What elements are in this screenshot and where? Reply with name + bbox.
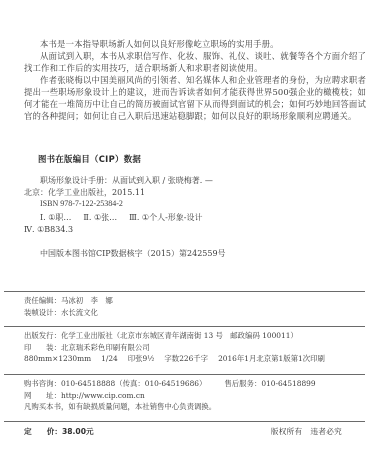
sales-block: 购书咨询：010-64518888（传真：010-64519686）售后服务：0… xyxy=(24,378,364,413)
price-value: 38.00元 xyxy=(62,427,94,436)
order-label: 购书咨询： xyxy=(24,379,61,388)
summary-paragraph-2: 从面试到入职，本书从求职信写作、化妆、服饰、礼仪、谈吐、就餐等各个方面介绍了找工… xyxy=(24,50,366,74)
design-row: 装帧设计：水长流文化 xyxy=(24,307,364,319)
class-ii: Ⅱ. ①张… xyxy=(83,213,117,222)
folio: 1/24 xyxy=(101,354,118,363)
price-label: 定 价： xyxy=(24,427,62,436)
publication-block: 出版发行：化学工业出版社（北京市东城区青年湖南街 13 号 邮政编码 10001… xyxy=(24,330,364,365)
price: 定 价：38.00元 xyxy=(24,426,94,437)
publisher-label: 出版发行： xyxy=(24,331,61,340)
summary-paragraph-3: 作者张晓梅以中国美丽风尚的引领者、知名媒体人和企业管理者的身份，为应聘求职者提出… xyxy=(24,74,366,122)
summary-text-3: 作者张晓梅以中国美丽风尚的引领者、知名媒体人和企业管理者的身份，为应聘求职者提出… xyxy=(24,75,366,121)
return-notice: 凡购买本书，如有缺损质量问题，本社销售中心负责调换。 xyxy=(24,401,364,413)
summary-text-1: 本书是一本指导职场新人如何以良好形像屹立职场的实用手册。 xyxy=(40,39,279,49)
class-iii: Ⅲ. ①个人-形象-设计 xyxy=(129,213,202,222)
divider-rule xyxy=(4,421,365,422)
website-link[interactable]: http://www.cip.com.cn xyxy=(61,391,145,400)
publisher-row: 出版发行：化学工业出版社（北京市东城区青年湖南街 13 号 邮政编码 10001… xyxy=(24,330,364,342)
printer-value: 北京瑞禾彩色印刷有限公司 xyxy=(61,343,150,352)
price-row: 定 价：38.00元 版权所有违者必究 xyxy=(24,426,342,437)
cip-title: 图书在版编目（CIP）数据 xyxy=(38,153,141,165)
editor-value: 马冰初 李 娜 xyxy=(61,296,113,305)
isbn: ISBN 978-7-122-25384-2 xyxy=(24,198,344,210)
edition: 2016年1月北京第1版第1次印刷 xyxy=(218,354,325,363)
service-label: 售后服务： xyxy=(224,379,261,388)
copyright-page: 本书是一本指导职场新人如何以良好形像屹立职场的实用手册。 从面试到入职，本书从求… xyxy=(0,0,375,458)
cip-record-line-1: 职场形象设计手册：从面试到入职 / 张晓梅著. — xyxy=(24,175,344,187)
website-row: 网 址：http://www.cip.com.cn xyxy=(24,390,364,402)
printer-label: 印 装： xyxy=(24,343,61,352)
cip-record: 职场形象设计手册：从面试到入职 / 张晓梅著. — 北京：化学工业出版社，201… xyxy=(24,175,344,210)
cip-class-line-1: Ⅰ. ①职…Ⅱ. ①张…Ⅲ. ①个人-形象-设计 xyxy=(24,212,344,224)
order-row: 购书咨询：010-64518888（传真：010-64519686）售后服务：0… xyxy=(24,378,364,390)
rights-1: 版权所有 xyxy=(271,427,303,436)
order-value: 010-64518888（传真：010-64519686） xyxy=(61,379,206,388)
format: 880mm×1230mm xyxy=(24,354,91,363)
summary-paragraph-1: 本书是一本指导职场新人如何以良好形像屹立职场的实用手册。 xyxy=(24,38,366,50)
cip-record-line-2: 北京：化学工业出版社，2015.11 xyxy=(24,187,344,199)
class-i: Ⅰ. ①职… xyxy=(40,213,71,222)
sheets: 印张9½ xyxy=(128,354,155,363)
summary-text-2: 从面试到入职，本书从求职信写作、化妆、服饰、礼仪、谈吐、就餐等各个方面介绍了找工… xyxy=(24,51,366,73)
editor-row: 责任编辑：马冰初 李 娜 xyxy=(24,295,364,307)
divider-rule xyxy=(4,326,365,327)
credits-block: 责任编辑：马冰初 李 娜 装帧设计：水长流文化 xyxy=(24,295,364,318)
editor-label: 责任编辑： xyxy=(24,296,61,305)
word-count: 字数226千字 xyxy=(164,354,208,363)
website-label: 网 址： xyxy=(24,391,61,400)
cip-classification: Ⅰ. ①职…Ⅱ. ①张…Ⅲ. ①个人-形象-设计 Ⅳ. ①B834.3 xyxy=(24,212,344,235)
cip-verification-number: 中国版本图书馆CIP数据核字（2015）第242559号 xyxy=(40,248,226,259)
divider-rule xyxy=(4,374,365,375)
divider-rule xyxy=(4,291,365,292)
copyright-notice: 版权所有违者必究 xyxy=(271,426,342,437)
service-value: 010-64518899 xyxy=(261,379,315,388)
publisher-value: 化学工业出版社（北京市东城区青年湖南街 13 号 邮政编码 100011） xyxy=(61,331,298,340)
specs-row: 880mm×1230mm1/24印张9½字数226千字2016年1月北京第1版第… xyxy=(24,353,364,365)
printer-row: 印 装：北京瑞禾彩色印刷有限公司 xyxy=(24,342,364,354)
design-label: 装帧设计： xyxy=(24,308,61,317)
rights-2: 违者必究 xyxy=(310,427,342,436)
class-iv: Ⅳ. ①B834.3 xyxy=(24,224,344,236)
design-value: 水长流文化 xyxy=(61,308,98,317)
